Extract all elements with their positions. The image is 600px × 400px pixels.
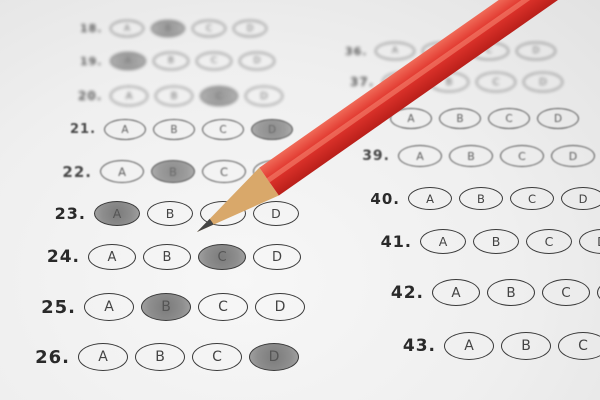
answer-row: 41.ABCD: [380, 229, 600, 254]
answer-row: 22.ABCD: [62, 160, 304, 183]
answer-bubble-c[interactable]: C: [198, 244, 246, 270]
answer-bubble-c[interactable]: C: [558, 332, 600, 360]
answer-row: 37.ABCD: [350, 72, 570, 92]
answer-bubble-b[interactable]: B: [151, 20, 185, 37]
answer-row: 23.ABCD: [54, 201, 306, 226]
question-number: 20.: [78, 89, 102, 103]
answer-bubble-c[interactable]: C: [542, 279, 590, 306]
answer-bubble-b[interactable]: B: [501, 332, 551, 360]
question-number: 37.: [350, 75, 374, 89]
answer-bubble-c[interactable]: C: [510, 187, 554, 210]
answer-bubble-b[interactable]: B: [155, 86, 193, 106]
answer-bubble-d[interactable]: D: [249, 343, 299, 371]
answer-bubble-a[interactable]: A: [390, 108, 432, 129]
answer-bubble-b[interactable]: B: [487, 279, 535, 306]
answer-row: 43.ABCD: [402, 332, 600, 360]
question-number: 26.: [34, 347, 70, 368]
answer-sheet-photo: 18.ABCD19.ABCD20.ABCD21.ABCD22.ABCD23.AB…: [0, 0, 600, 400]
answer-row: 18.ABCD: [80, 20, 274, 37]
answer-row: 21.ABCD: [70, 119, 300, 140]
question-number: 38.: [356, 111, 382, 126]
answer-bubble-b[interactable]: B: [439, 108, 481, 129]
question-number: 40.: [370, 190, 400, 208]
answer-bubble-d[interactable]: D: [251, 119, 293, 140]
answer-bubble-a[interactable]: A: [444, 332, 494, 360]
question-number: 23.: [54, 204, 86, 223]
answer-bubble-a[interactable]: A: [84, 293, 134, 321]
answer-bubble-d[interactable]: D: [253, 201, 299, 226]
answer-bubble-a[interactable]: A: [110, 52, 146, 70]
answer-bubble-b[interactable]: B: [429, 72, 469, 92]
answer-bubble-d[interactable]: D: [551, 145, 595, 167]
answer-bubble-d[interactable]: D: [579, 229, 600, 254]
answer-bubble-a[interactable]: A: [408, 187, 452, 210]
answer-bubble-c[interactable]: C: [196, 52, 232, 70]
answer-bubble-b[interactable]: B: [449, 145, 493, 167]
answer-bubble-d[interactable]: D: [253, 160, 297, 183]
answer-row: 42.ABCD: [390, 279, 600, 306]
answer-bubble-a[interactable]: A: [94, 201, 140, 226]
question-number: 18.: [80, 22, 102, 35]
answer-bubble-c[interactable]: C: [192, 20, 226, 37]
question-number: 43.: [402, 336, 436, 356]
answer-bubble-c[interactable]: C: [200, 86, 238, 106]
question-number: 21.: [70, 122, 96, 137]
answer-bubble-b[interactable]: B: [151, 160, 195, 183]
answer-bubble-a[interactable]: A: [100, 160, 144, 183]
question-number: 22.: [62, 163, 92, 181]
answer-row: 26.ABCD: [34, 343, 306, 371]
answer-bubble-a[interactable]: A: [104, 119, 146, 140]
answer-bubble-b[interactable]: B: [473, 229, 519, 254]
answer-bubble-a[interactable]: A: [78, 343, 128, 371]
answer-bubble-c[interactable]: C: [192, 343, 242, 371]
answer-bubble-c[interactable]: C: [200, 201, 246, 226]
answer-row: 24.ABCD: [46, 244, 308, 270]
answer-bubble-b[interactable]: B: [422, 42, 462, 60]
answer-bubble-a[interactable]: A: [110, 86, 148, 106]
answer-bubble-c[interactable]: C: [500, 145, 544, 167]
answer-bubble-c[interactable]: C: [198, 293, 248, 321]
answer-bubble-a[interactable]: A: [375, 42, 415, 60]
question-number: 24.: [46, 247, 80, 267]
answer-bubble-a[interactable]: A: [382, 72, 422, 92]
answer-bubble-a[interactable]: A: [398, 145, 442, 167]
answer-bubble-b[interactable]: B: [135, 343, 185, 371]
answer-bubble-a[interactable]: A: [432, 279, 480, 306]
answer-bubble-b[interactable]: B: [153, 119, 195, 140]
answer-bubble-d[interactable]: D: [245, 86, 283, 106]
answer-bubble-c[interactable]: C: [469, 42, 509, 60]
answer-bubble-d[interactable]: D: [233, 20, 267, 37]
answer-row: 38.ABCD: [356, 108, 586, 129]
answer-bubble-c[interactable]: C: [202, 160, 246, 183]
answer-bubble-c[interactable]: C: [476, 72, 516, 92]
answer-row: 19.ABCD: [80, 52, 282, 70]
answer-bubble-d[interactable]: D: [523, 72, 563, 92]
answer-bubble-c[interactable]: C: [202, 119, 244, 140]
answer-row: 39.ABCD: [362, 145, 600, 167]
question-number: 39.: [362, 148, 390, 164]
answer-bubble-a[interactable]: A: [88, 244, 136, 270]
answer-row: 36.ABCD: [345, 42, 563, 60]
answer-bubble-b[interactable]: B: [141, 293, 191, 321]
question-number: 19.: [80, 55, 102, 68]
answer-bubble-c[interactable]: C: [488, 108, 530, 129]
answer-bubble-d[interactable]: D: [561, 187, 600, 210]
answer-bubble-b[interactable]: B: [143, 244, 191, 270]
answer-bubble-d[interactable]: D: [253, 244, 301, 270]
answer-bubble-a[interactable]: A: [110, 20, 144, 37]
answer-row: 40.ABCD: [370, 187, 600, 210]
question-number: 36.: [345, 45, 367, 58]
answer-bubble-b[interactable]: B: [147, 201, 193, 226]
question-number: 41.: [380, 232, 412, 251]
answer-bubble-d[interactable]: D: [255, 293, 305, 321]
answer-bubble-c[interactable]: C: [526, 229, 572, 254]
answer-bubble-d[interactable]: D: [537, 108, 579, 129]
question-number: 42.: [390, 283, 424, 303]
answer-bubble-d[interactable]: D: [516, 42, 556, 60]
answer-bubble-d[interactable]: D: [239, 52, 275, 70]
answer-row: 25.ABCD: [40, 293, 312, 321]
answer-bubble-b[interactable]: B: [459, 187, 503, 210]
answer-bubble-a[interactable]: A: [420, 229, 466, 254]
answer-bubble-b[interactable]: B: [153, 52, 189, 70]
answer-row: 20.ABCD: [78, 86, 290, 106]
question-number: 25.: [40, 297, 76, 318]
